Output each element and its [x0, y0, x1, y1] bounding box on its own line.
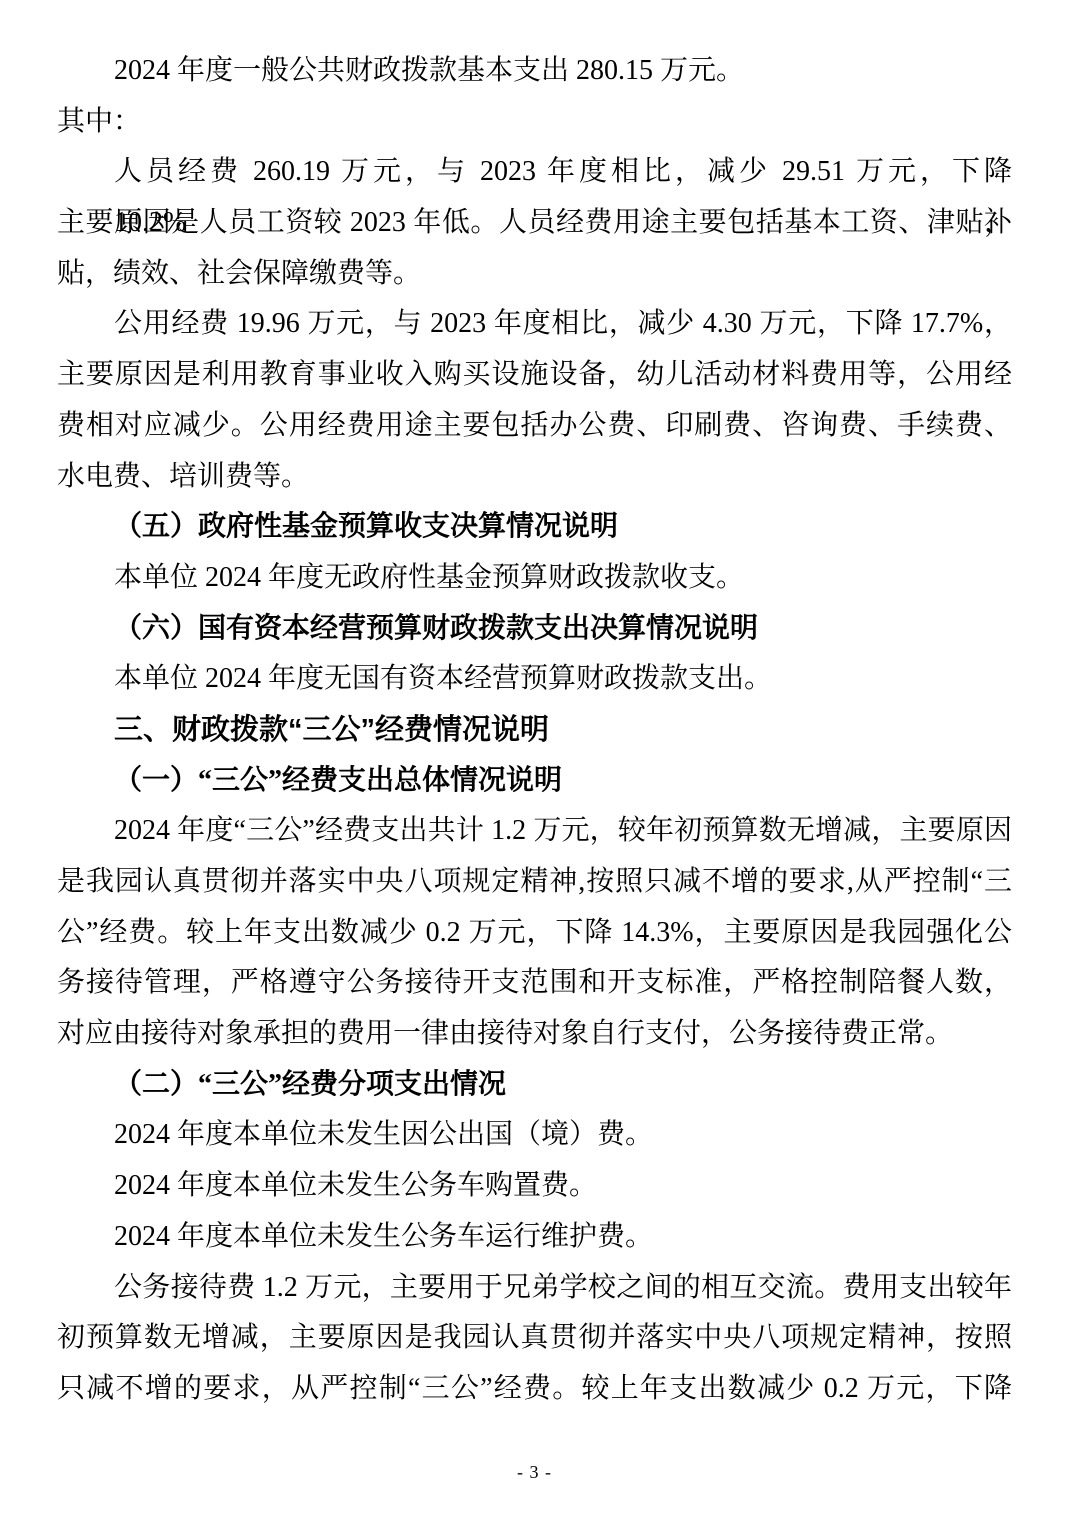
text-line: 公务接待费 1.2 万元，主要用于兄弟学校之间的相互交流。费用支出较年 — [57, 1263, 1012, 1314]
text-line: 公”经费。较上年支出数减少 0.2 万元，下降 14.3%，主要原因是我园强化公 — [57, 908, 1012, 959]
text-line: 2024 年度本单位未发生公务车运行维护费。 — [57, 1212, 1012, 1263]
text-line: 只减不增的要求，从严控制“三公”经费。较上年支出数减少 0.2 万元，下降 — [57, 1364, 1012, 1415]
text-line: 2024 年度一般公共财政拨款基本支出 280.15 万元。 — [57, 46, 1012, 97]
text-line: 本单位 2024 年度无国有资本经营预算财政拨款支出。 — [57, 654, 1012, 705]
subsection-heading: （二）“三公”经费分项支出情况 — [57, 1060, 1012, 1111]
text-line: 2024 年度本单位未发生公务车购置费。 — [57, 1161, 1012, 1212]
text-line: 对应由接待对象承担的费用一律由接待对象自行支付，公务接待费正常。 — [57, 1009, 1012, 1060]
text-line: 是我园认真贯彻并落实中央八项规定精神,按照只减不增的要求,从严控制“三 — [57, 857, 1012, 908]
text-line: 本单位 2024 年度无政府性基金预算财政拨款收支。 — [57, 553, 1012, 604]
subsection-heading: （一）“三公”经费支出总体情况说明 — [57, 756, 1012, 807]
page-number: - 3 - — [0, 1462, 1069, 1483]
text-line: 人员经费 260.19 万元，与 2023 年度相比，减少 29.51 万元，下… — [57, 147, 1012, 198]
text-line: 主要原因是人员工资较 2023 年低。人员经费用途主要包括基本工资、津贴补 — [57, 198, 1012, 249]
subsection-heading: （五）政府性基金预算收支决算情况说明 — [57, 502, 1012, 553]
text-line: 2024 年度“三公”经费支出共计 1.2 万元，较年初预算数无增减，主要原因 — [57, 806, 1012, 857]
text-line: 其中： — [57, 97, 1012, 148]
text-line: 2024 年度本单位未发生因公出国（境）费。 — [57, 1110, 1012, 1161]
document-body: 2024 年度一般公共财政拨款基本支出 280.15 万元。其中：人员经费 26… — [57, 46, 1012, 1415]
text-line: 主要原因是利用教育事业收入购买设施设备，幼儿活动材料费用等，公用经 — [57, 350, 1012, 401]
section-heading: 三、财政拨款“三公”经费情况说明 — [57, 705, 1012, 756]
text-line: 公用经费 19.96 万元，与 2023 年度相比，减少 4.30 万元，下降 … — [57, 299, 1012, 350]
text-line: 贴，绩效、社会保障缴费等。 — [57, 249, 1012, 300]
text-line: 初预算数无增减，主要原因是我园认真贯彻并落实中央八项规定精神，按照 — [57, 1313, 1012, 1364]
text-line: 水电费、培训费等。 — [57, 452, 1012, 503]
text-line: 务接待管理，严格遵守公务接待开支范围和开支标准，严格控制陪餐人数， — [57, 958, 1012, 1009]
text-line: 费相对应减少。公用经费用途主要包括办公费、印刷费、咨询费、手续费、 — [57, 401, 1012, 452]
subsection-heading: （六）国有资本经营预算财政拨款支出决算情况说明 — [57, 604, 1012, 655]
